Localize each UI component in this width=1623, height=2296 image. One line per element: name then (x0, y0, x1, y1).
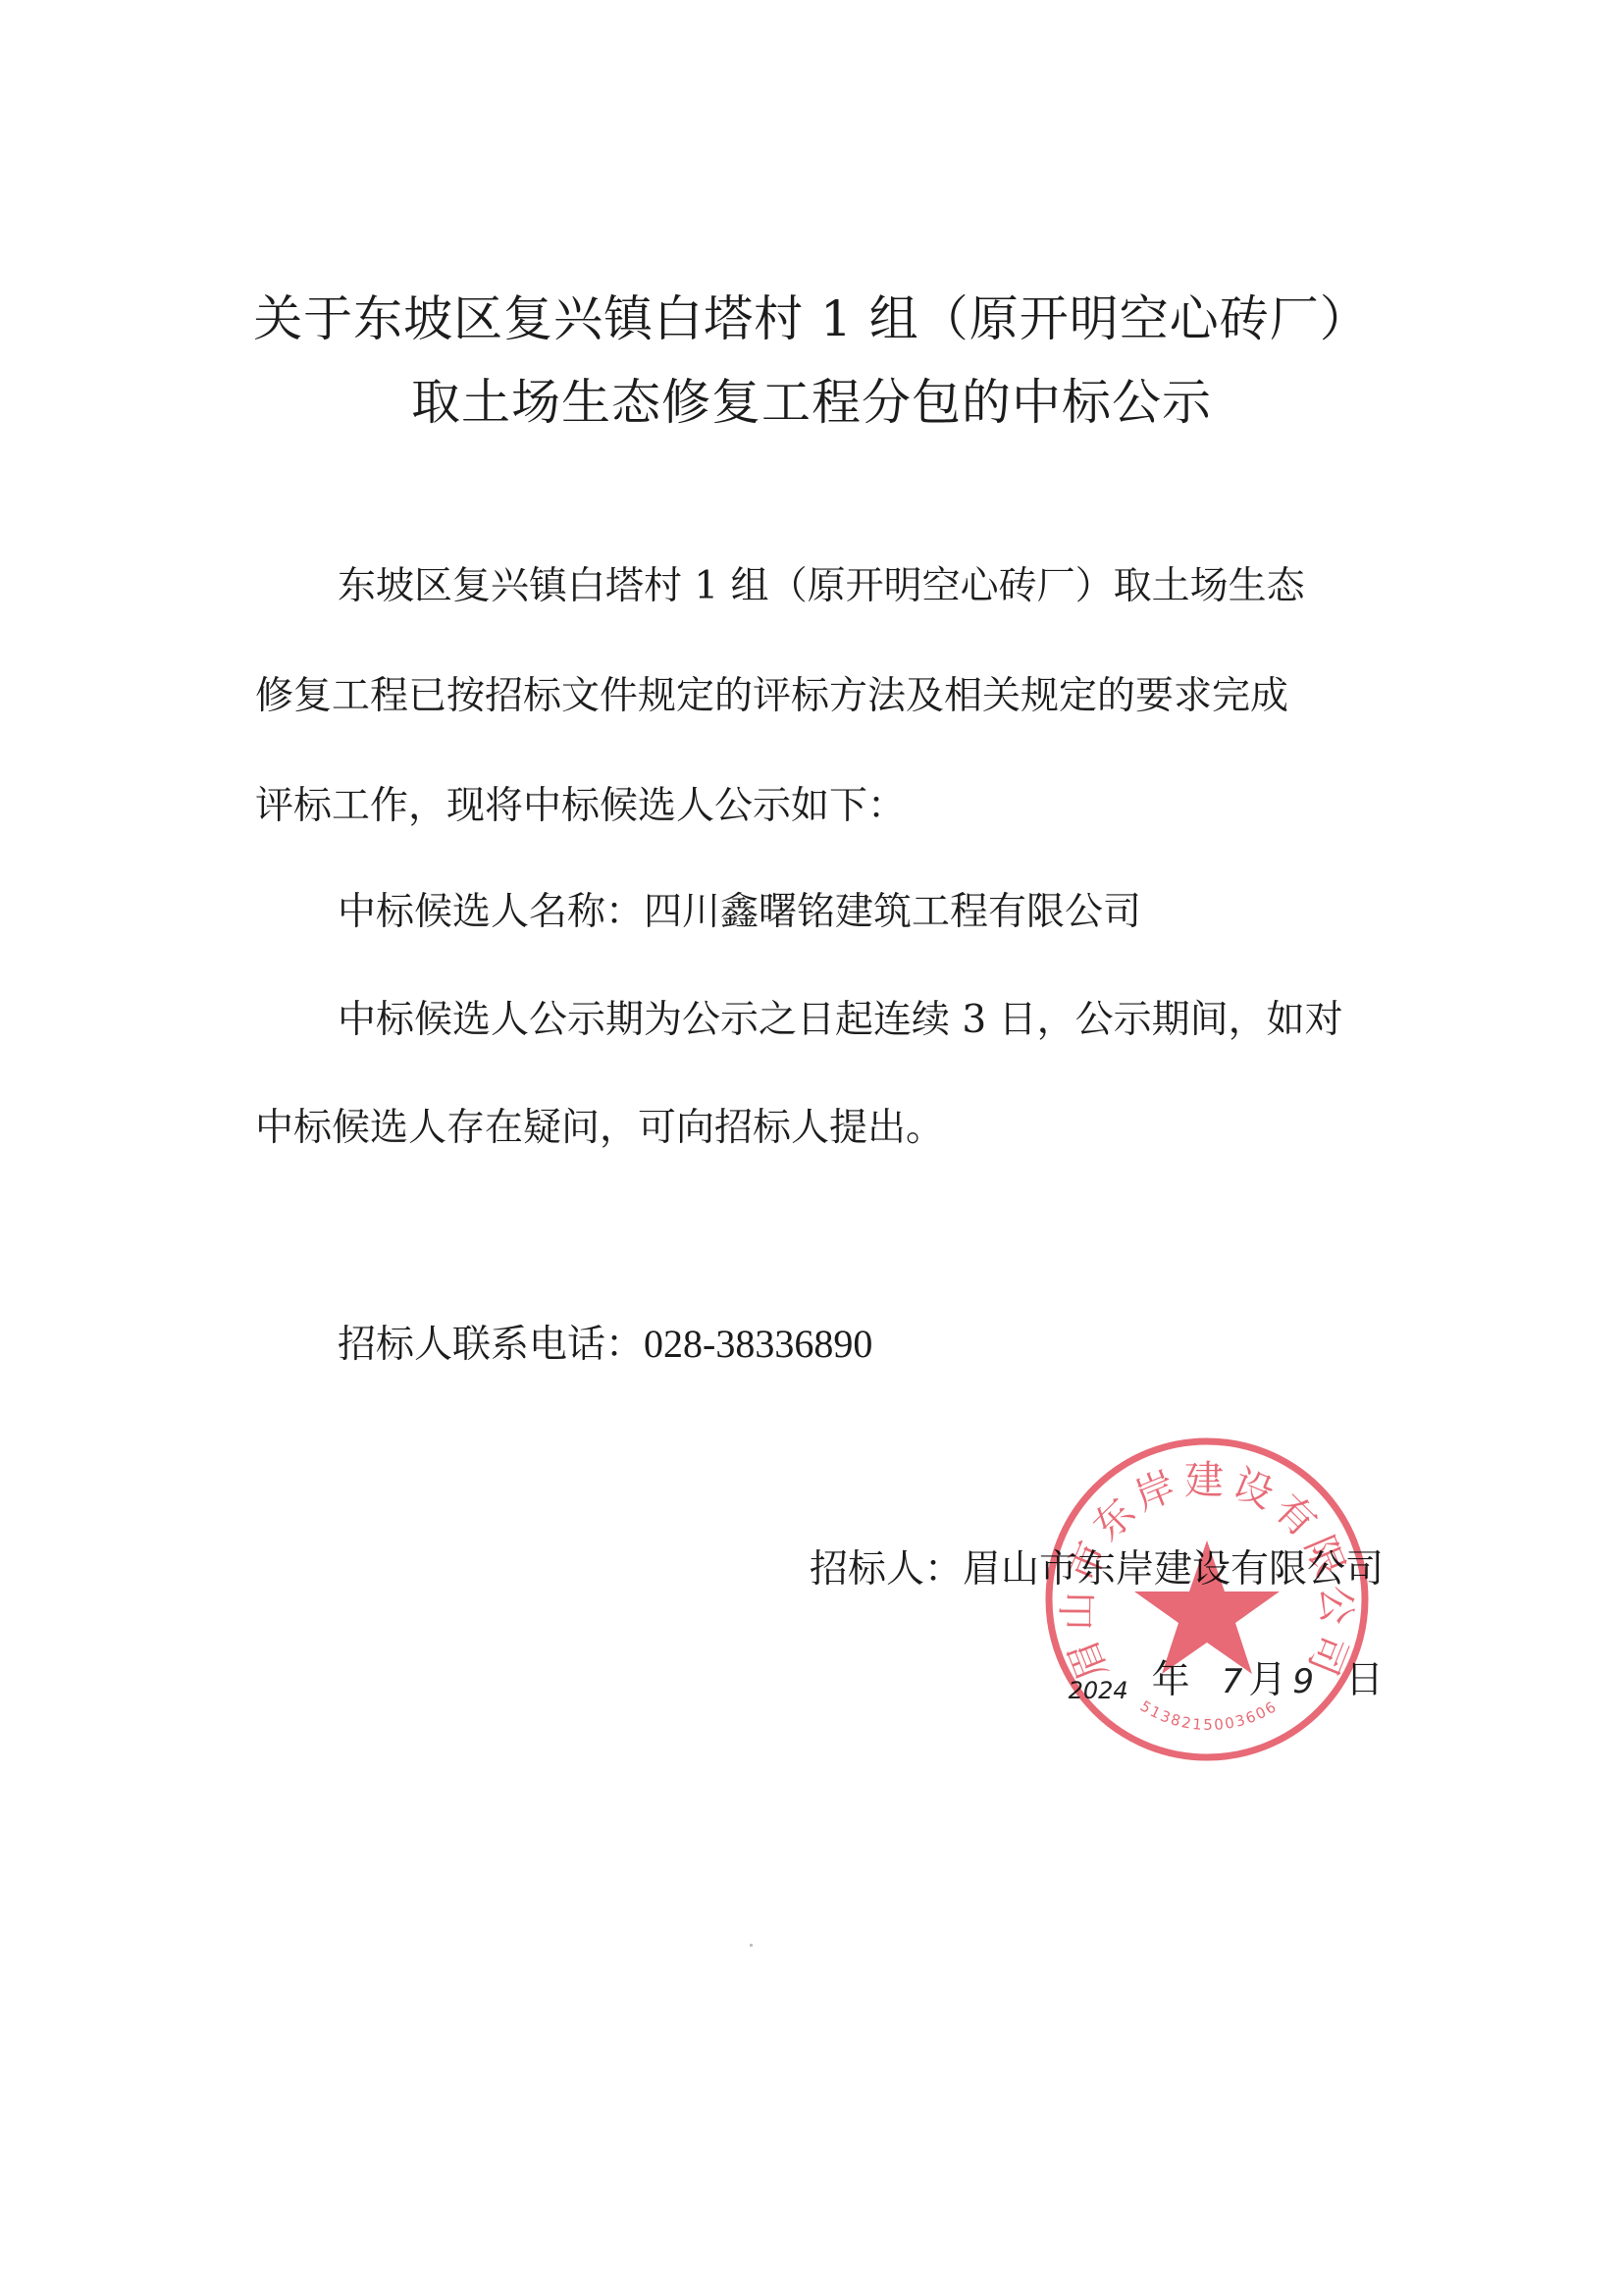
publicity-period-line-1: 中标候选人公示期为公示之日起连续 3 日，公示期间，如对 (338, 991, 1466, 1050)
body-paragraph-line-1: 东坡区复兴镇白塔村 1 组（原开明空心砖厂）取土场生态 (338, 557, 1466, 616)
document-title-line-2: 取土场生态修复工程分包的中标公示 (0, 373, 1623, 432)
company-seal-stamp: 眉山市东岸建设有限公司 5138215003606 (1042, 1435, 1372, 1764)
contact-phone-line: 招标人联系电话：028-38336890 (338, 1315, 1466, 1375)
contact-phone-number: 028-38336890 (644, 1322, 872, 1366)
seal-icon: 眉山市东岸建设有限公司 5138215003606 (1042, 1435, 1372, 1764)
contact-phone-label: 招标人联系电话： (338, 1323, 644, 1367)
tenderer-label: 招标人： (810, 1547, 963, 1592)
body-paragraph-line-2: 修复工程已按招标文件规定的评标方法及相关规定的要求完成 (255, 667, 1384, 726)
scan-speck (750, 1944, 753, 1947)
document-page: 关于东坡区复兴镇白塔村 1 组（原开明空心砖厂） 取土场生态修复工程分包的中标公… (0, 0, 1623, 2296)
star-icon (1134, 1540, 1280, 1674)
svg-text:5138215003606: 5138215003606 (1137, 1697, 1281, 1734)
body-paragraph-line-3: 评标工作，现将中标候选人公示如下： (255, 777, 1384, 836)
publicity-period-line-2: 中标候选人存在疑问，可向招标人提出。 (255, 1099, 1384, 1158)
winning-candidate-line: 中标候选人名称：四川鑫曙铭建筑工程有限公司 (338, 883, 1466, 942)
document-title-line-1: 关于东坡区复兴镇白塔村 1 组（原开明空心砖厂） (0, 289, 1623, 348)
